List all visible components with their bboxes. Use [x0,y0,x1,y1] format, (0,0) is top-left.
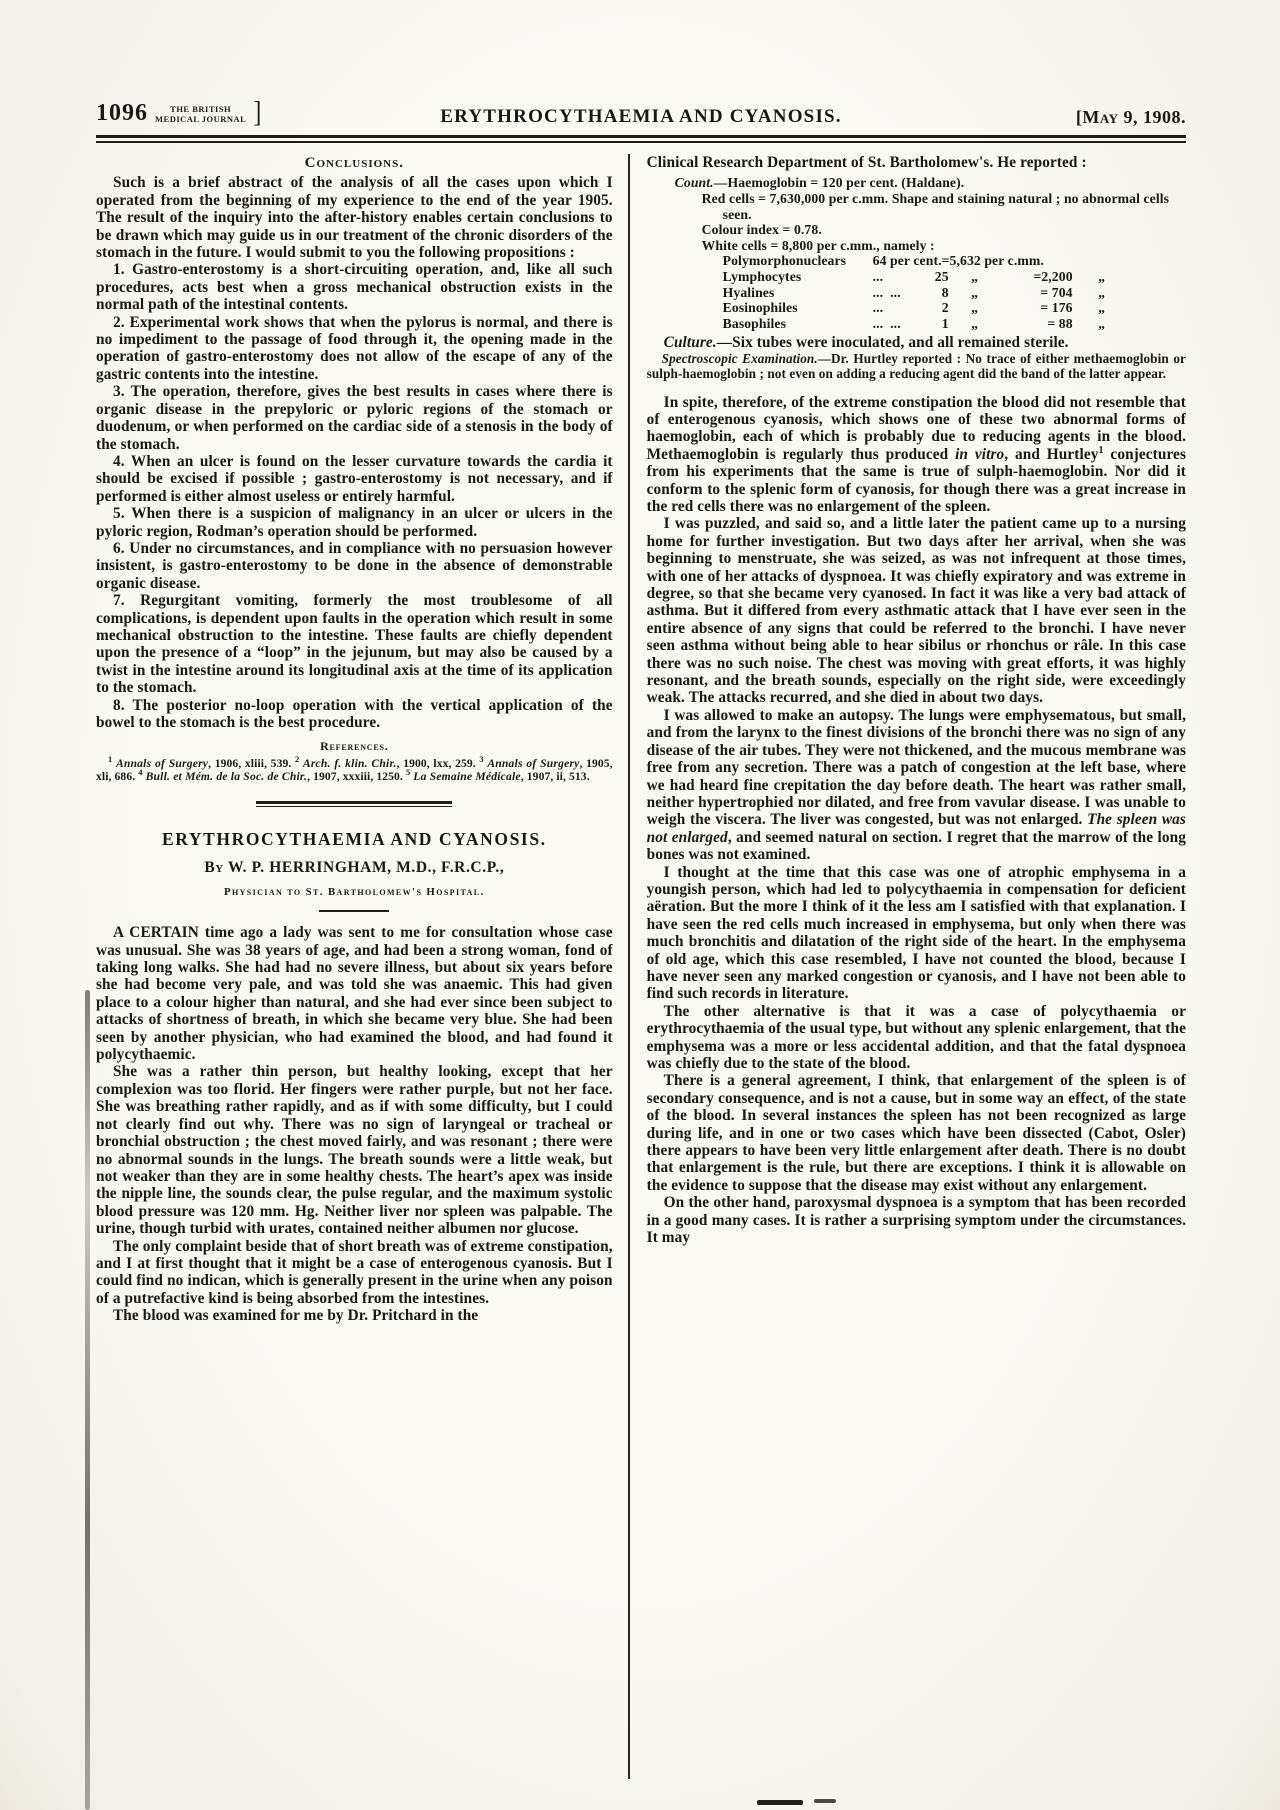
reference-detail: , 1906, xliii, 539. [208,757,295,770]
reference-source: Annals of Surgery [487,757,579,770]
spectroscopic-label: Spectroscopic Examination. [662,351,818,366]
running-title: ERYTHROCYTHAEMIA AND CYANOSIS. [440,106,842,128]
count-label: Count. [675,175,714,190]
proposition-7: 7. Regurgitant vomiting, formerly the mo… [96,592,613,696]
article-title: ERYTHROCYTHAEMIA AND CYANOSIS. [96,831,613,848]
reference-source: Bull. et Mém. de la Soc. de Chir. [146,770,308,783]
count-row-hyalines: Hyalines... ...8„= 704„ [647,285,1186,301]
proposition-8: 8. The posterior no-loop operation with … [96,697,613,732]
proposition-5: 5. When there is a suspicion of malignan… [96,505,613,540]
article-byline: By W. P. HERRINGHAM, M.D., F.R.C.P., [96,859,613,876]
columns: Conclusions. Such is a brief abstract of… [96,154,1186,1779]
proposition-1: 1. Gastro-enterostomy is a short-circuit… [96,261,613,313]
section-divider [256,801,452,807]
spectroscopic-paragraph: Spectroscopic Examination.—Dr. Hurtley r… [647,352,1186,382]
journal-name-bracket: ] [253,97,261,131]
references-heading: References. [96,738,613,755]
body-paragraph: There is a general agreement, I think, t… [647,1072,1186,1194]
reference-item: 4 Bull. et Mém. de la Soc. de Chir., 190… [138,770,406,783]
issue-date: [May 9, 1908. [1076,107,1186,128]
article-paragraph: A CERTAIN time ago a lady was sent to me… [96,924,613,1063]
proposition-6: 6. Under no circumstances, and in compli… [96,540,613,592]
count-line-red-cells: Red cells = 7,630,000 per c.mm. Shape an… [647,191,1186,222]
byline-rule [319,910,389,912]
reference-marker: 5 [406,768,410,778]
count-line-haemoglobin: Count.—Haemoglobin = 120 per cent. (Hald… [647,175,1186,191]
conclusions-intro: Such is a brief abstract of the analysis… [96,174,613,261]
reference-source: La Semaine Médicale [413,770,520,783]
body-paragraph: I was allowed to make an autopsy. The lu… [647,707,1186,864]
proposition-4: 4. When an ulcer is found on the lesser … [96,453,613,505]
reference-source: Arch. f. klin. Chir. [303,757,397,770]
page-header: 1096 The British Medical Journal ] ERYTH… [96,84,1186,128]
blood-count-report: Count.—Haemoglobin = 120 per cent. (Hald… [647,175,1186,331]
count-line-colour-index: Colour index = 0.78. [647,222,1186,238]
scan-artifact [757,1800,803,1805]
count-row-eosinophiles: Eosinophiles...2„= 176„ [647,300,1186,316]
body-paragraph: In spite, therefore, of the extreme cons… [647,394,1186,516]
reference-source: Annals of Surgery [116,757,208,770]
header-left: 1096 The British Medical Journal ] [96,100,261,128]
reference-marker: 4 [138,768,142,778]
culture-label: Culture. [664,334,717,351]
page-number: 1096 [96,100,148,127]
reference-marker: 1 [108,754,112,764]
body-paragraph: I was puzzled, and said so, and a little… [647,515,1186,706]
references: 1 Annals of Surgery, 1906, xliii, 539. 2… [96,757,613,784]
reference-marker: 3 [479,754,483,764]
journal-name-line2: Medical Journal [155,114,246,124]
scan-artifact [85,990,90,1810]
reference-item: 2 Arch. f. klin. Chir., 1900, lxx, 259. [295,757,479,770]
article-paragraph: She was a rather thin person, but health… [96,1063,613,1237]
reference-marker: 2 [295,754,299,764]
proposition-2: 2. Experimental work shows that when the… [96,314,613,384]
body-paragraph: The other alternative is that it was a c… [647,1003,1186,1073]
article-affiliation: Physician to St. Bartholomew's Hospital. [96,884,613,901]
conclusions-heading: Conclusions. [96,155,613,172]
count-row-polymorphonuclears: Polymorphonuclears64 per cent.=5,632 per… [647,253,1186,269]
journal-name-line1: The British [155,104,246,114]
header-rule [96,135,1186,143]
body-paragraph: On the other hand, paroxysmal dyspnoea i… [647,1194,1186,1246]
count-row-lymphocytes: Lymphocytes...25„=2,200„ [647,269,1186,285]
body-paragraph: I thought at the time that this case was… [647,864,1186,1003]
article-paragraph: The blood was examined for me by Dr. Pri… [96,1307,613,1324]
count-line-white-cells: White cells = 8,800 per c.mm., namely : [647,238,1186,254]
count-row-basophiles: Basophiles... ...1„= 88„ [647,316,1186,332]
reference-item: 5 La Semaine Médicale, 1907, ii, 513. [406,770,590,783]
right-column: Clinical Research Department of St. Bart… [630,154,1186,1779]
article-paragraph: The only complaint beside that of short … [96,1238,613,1308]
reference-item: 1 Annals of Surgery, 1906, xliii, 539. [108,757,295,770]
journal-page: 1096 The British Medical Journal ] ERYTH… [0,0,1280,1810]
proposition-3: 3. The operation, therefore, gives the b… [96,383,613,453]
left-column: Conclusions. Such is a brief abstract of… [96,154,628,1779]
continuation-paragraph: Clinical Research Department of St. Bart… [647,154,1186,171]
reference-detail: , 1907, ii, 513. [521,770,590,783]
reference-detail: , 1907, xxxiii, 1250. [307,770,406,783]
scan-artifact [814,1799,836,1803]
journal-name: The British Medical Journal [155,104,246,124]
culture-paragraph: Culture.—Six tubes were inoculated, and … [647,334,1186,351]
